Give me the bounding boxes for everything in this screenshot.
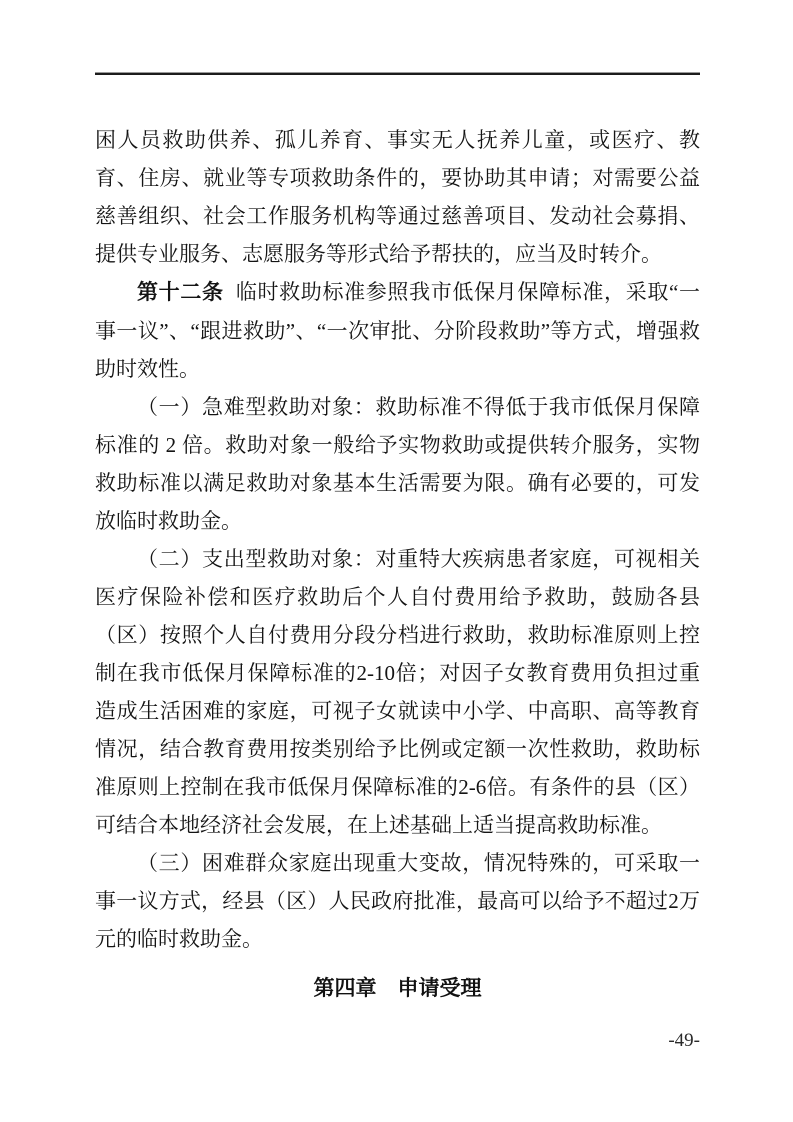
paragraph-clause-3: （三）困难群众家庭出现重大变故，情况特殊的，可采取一事一议方式，经县（区）人民政… xyxy=(95,844,700,958)
paragraph-article-12: 第十二条临时救助标准参照我市低保月保障标准，采取“一事一议”、“跟进救助”、“一… xyxy=(95,273,700,388)
document-body: 困人员救助供养、孤儿养育、事实无人抚养儿童，或医疗、教育、住房、就业等专项救助条… xyxy=(95,121,700,1060)
paragraph-clause-2: （二）支出型救助对象：对重特大疾病患者家庭，可视相关医疗保险补偿和医疗救助后个人… xyxy=(95,540,700,844)
chapter-heading: 第四章 申请受理 xyxy=(95,970,700,1008)
page-number: -49- xyxy=(95,1022,700,1060)
paragraph-clause-1: （一）急难型救助对象：救助标准不得低于我市低保月保障标准的 2 倍。救助对象一般… xyxy=(95,388,700,540)
header-rule xyxy=(95,72,700,75)
document-page: 困人员救助供养、孤儿养育、事实无人抚养儿童，或医疗、教育、住房、就业等专项救助条… xyxy=(0,0,793,1122)
article-12-label: 第十二条 xyxy=(137,281,224,304)
page-margins: 困人员救助供养、孤儿养育、事实无人抚养儿童，或医疗、教育、住房、就业等专项救助条… xyxy=(0,72,793,1060)
paragraph-continuation: 困人员救助供养、孤儿养育、事实无人抚养儿童，或医疗、教育、住房、就业等专项救助条… xyxy=(95,121,700,273)
